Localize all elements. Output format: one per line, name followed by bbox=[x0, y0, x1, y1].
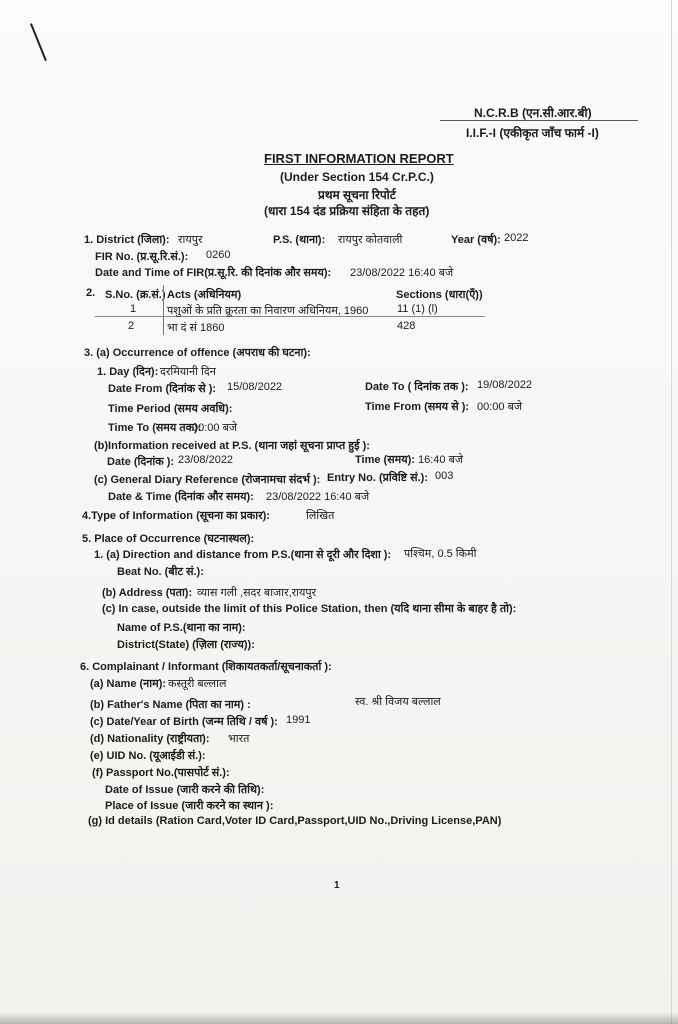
act-name: पशुओं के प्रति क्रूरता का निवारण अधिनियम… bbox=[167, 303, 368, 318]
issue-date-label: Date of Issue (जारी करने की तिथि): bbox=[105, 782, 264, 797]
subtitle-hi: प्रथम सूचना रिपोर्ट bbox=[318, 186, 396, 203]
document-title: FIRST INFORMATION REPORT bbox=[264, 151, 454, 166]
address-label: (b) Address (पता): bbox=[102, 585, 192, 600]
complainant-name-label: (a) Name (नाम): bbox=[90, 676, 166, 691]
dob-value: 1991 bbox=[286, 714, 310, 726]
complainant-heading: 6. Complainant / Informant (शिकायतकर्ता/… bbox=[80, 659, 332, 674]
place-heading: 5. Place of Occurrence (घटनास्थल): bbox=[82, 531, 254, 546]
info-date-value: 23/08/2022 bbox=[178, 454, 233, 466]
info-date-label: Date (दिनांक ): bbox=[107, 454, 174, 469]
act-sno: 2 bbox=[128, 320, 134, 332]
pen-mark bbox=[30, 23, 47, 61]
year-label: Year (वर्ष): bbox=[451, 232, 501, 247]
acts-header-act: Acts (अधिनियम) bbox=[167, 287, 241, 302]
outside-limit-label: (c) In case, outside the limit of this P… bbox=[102, 601, 516, 616]
subtitle-hi-section: (धारा 154 दंड प्रक्रिया संहिता के तहत) bbox=[264, 202, 429, 219]
date-from-label: Date From (दिनांक से ): bbox=[108, 381, 216, 396]
issue-place-label: Place of Issue (जारी करने का स्थान ): bbox=[105, 798, 273, 813]
time-from-value: 00:00 बजे bbox=[477, 399, 522, 414]
time-to-value: 00:00 बजे bbox=[192, 420, 237, 435]
nationality-value: भारत bbox=[228, 731, 249, 746]
time-from-label: Time From (समय से ): bbox=[365, 399, 469, 414]
page-number: 1 bbox=[334, 880, 340, 891]
table-divider bbox=[163, 285, 164, 335]
father-name-value: स्व. श्री विजय बल्लाल bbox=[355, 694, 441, 709]
act-name: भा दं सं 1860 bbox=[167, 320, 225, 335]
acts-header-section: Sections (धारा(एँ)) bbox=[396, 287, 483, 302]
time-to-label: Time To (समय तक): bbox=[108, 420, 201, 435]
ncrb-label: N.C.R.B (एन.सी.आर.बी) bbox=[474, 104, 592, 121]
act-sno: 1 bbox=[130, 303, 136, 315]
ps-value: रायपुर कोतवाली bbox=[338, 232, 402, 247]
gd-datetime-label: Date & Time (दिनांक और समय): bbox=[108, 489, 254, 504]
fir-no-value: 0260 bbox=[206, 249, 230, 261]
info-time-label: Time (समय): bbox=[355, 452, 415, 467]
ps-label: P.S. (थाना): bbox=[273, 232, 325, 247]
date-to-label: Date To ( दिनांक तक ): bbox=[365, 379, 469, 394]
complainant-name-value: कस्तूरी बल्लाल bbox=[168, 676, 226, 691]
section2-number: 2. bbox=[86, 287, 95, 299]
uid-label: (e) UID No. (यूआईडी सं.): bbox=[90, 748, 206, 763]
header-divider bbox=[440, 120, 638, 121]
fir-document-page: N.C.R.B (एन.सी.आर.बी) I.I.F.-I (एकीकृत ज… bbox=[0, 0, 678, 1024]
date-from-value: 15/08/2022 bbox=[227, 381, 282, 393]
act-section: 428 bbox=[397, 320, 415, 332]
day-label: 1. Day (दिन): bbox=[97, 364, 158, 379]
father-name-label: (b) Father's Name (पिता का नाम) : bbox=[90, 697, 251, 712]
direction-value: पश्चिम, 0.5 किमी bbox=[404, 546, 477, 561]
beat-no-label: Beat No. (बीट सं.): bbox=[117, 564, 204, 579]
direction-label: 1. (a) Direction and distance from P.S.(… bbox=[94, 547, 391, 562]
year-value: 2022 bbox=[504, 232, 528, 244]
fir-no-label: FIR No. (प्र.सू.रि.सं.): bbox=[95, 249, 188, 264]
day-value: दरमियानी दिन bbox=[160, 364, 216, 379]
info-type-label: 4.Type of Information (सूचना का प्रकार): bbox=[82, 508, 270, 523]
passport-label: (f) Passport No.(पासपोर्ट सं.): bbox=[92, 765, 230, 780]
page-edge bbox=[671, 0, 672, 1024]
fir-datetime-label: Date and Time of FIR(प्र.सू.रि. की दिनां… bbox=[95, 265, 331, 280]
iif-label: I.I.F.-I (एकीकृत जाँच फार्म -I) bbox=[466, 124, 599, 141]
district-label: 1. District (जिला): bbox=[84, 232, 170, 247]
ps-name-label: Name of P.S.(थाना का नाम): bbox=[117, 620, 246, 635]
dob-label: (c) Date/Year of Birth (जन्म तिथि / वर्ष… bbox=[90, 714, 278, 729]
info-type-value: लिखित bbox=[306, 508, 334, 523]
time-period-label: Time Period (समय अवधि): bbox=[108, 401, 232, 416]
district-value: रायपुर bbox=[178, 232, 202, 247]
occurrence-heading: 3. (a) Occurrence of offence (अपराध की घ… bbox=[84, 345, 311, 360]
id-details-label: (g) Id details (Ration Card,Voter ID Car… bbox=[88, 815, 501, 827]
date-to-value: 19/08/2022 bbox=[477, 379, 532, 391]
act-section: 11 (1) (l) bbox=[397, 303, 438, 315]
district-state-label: District(State) (ज़िला (राज्य)): bbox=[117, 637, 255, 652]
page-shadow bbox=[0, 1012, 678, 1024]
info-received-label: (b)Information received at P.S. (थाना जह… bbox=[94, 438, 370, 453]
fir-datetime-value: 23/08/2022 16:40 बजे bbox=[350, 265, 453, 280]
info-time-value: 16:40 बजे bbox=[418, 452, 463, 467]
entry-no-label: Entry No. (प्रविष्टि सं.): bbox=[327, 470, 428, 485]
entry-no-value: 003 bbox=[435, 470, 453, 482]
nationality-label: (d) Nationality (राष्ट्रीयता): bbox=[90, 731, 210, 746]
gd-reference-label: (c) General Diary Reference (रोजनामचा सं… bbox=[94, 472, 320, 487]
acts-header-sno: S.No. (क्र.सं.) bbox=[105, 287, 166, 302]
address-value: व्यास गली ,सदर बाजार,रायपुर bbox=[197, 585, 316, 600]
subtitle-en: (Under Section 154 Cr.P.C.) bbox=[280, 170, 434, 184]
gd-datetime-value: 23/08/2022 16:40 बजे bbox=[266, 489, 369, 504]
